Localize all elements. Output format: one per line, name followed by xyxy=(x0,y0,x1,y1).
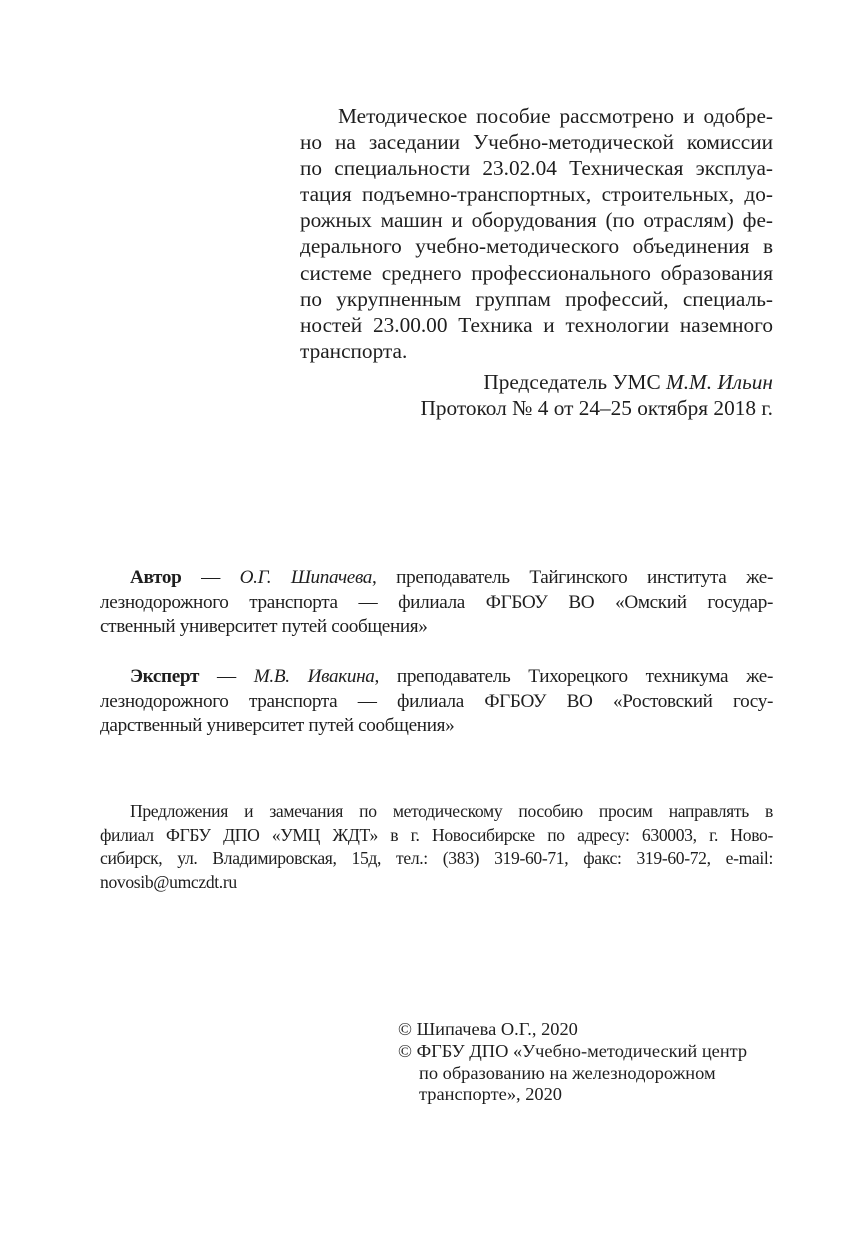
suggestions-line: Предложения и замечания по методическому… xyxy=(100,800,773,824)
approval-line: тация подъемно-транспортных, строительны… xyxy=(300,181,773,207)
chair-line: Председатель УМС М.М. Ильин xyxy=(300,369,773,395)
approval-signoff: Председатель УМС М.М. Ильин Протокол № 4… xyxy=(300,369,773,421)
approval-line: системе среднего профессионального образ… xyxy=(300,260,773,286)
copyright-publisher-cont: транспорте», 2020 xyxy=(398,1084,798,1106)
suggestions-note: Предложения и замечания по методическому… xyxy=(100,800,773,894)
expert-affiliation: , преподаватель Тихорецкого техникума же… xyxy=(375,666,773,687)
author-affiliation: , преподаватель Тайгинского института же… xyxy=(372,567,773,588)
approval-line: ностей 23.00.00 Техника и технологии наз… xyxy=(300,312,773,338)
protocol-line: Протокол № 4 от 24–25 октября 2018 г. xyxy=(300,395,773,421)
author-role: Автор xyxy=(130,567,181,588)
author-name: О.Г. Шипачева xyxy=(240,567,372,588)
approval-line: по специальности 23.02.04 Техническая эк… xyxy=(300,155,773,181)
approval-line: транспорта. xyxy=(300,338,773,364)
suggestions-line: сибирск, ул. Владимировская, 15д, тел.: … xyxy=(100,847,773,871)
approval-line: но на заседании Учебно-методической коми… xyxy=(300,129,773,155)
dash: — xyxy=(199,666,254,687)
author-credit: Автор — О.Г. Шипачева, преподаватель Тай… xyxy=(100,566,773,640)
dash: — xyxy=(181,567,239,588)
approval-statement: Методическое пособие рассмотрено и одобр… xyxy=(300,103,773,364)
expert-role: Эксперт xyxy=(130,666,199,687)
author-line: лезнодорожного транспорта — филиала ФГБО… xyxy=(100,591,773,616)
author-line: ственный университет путей сообщения» xyxy=(100,615,773,640)
suggestions-line: филиал ФГБУ ДПО «УМЦ ЖДТ» в г. Новосибир… xyxy=(100,824,773,848)
chair-name: М.М. Ильин xyxy=(666,370,773,394)
copyright-author: © Шипачева О.Г., 2020 xyxy=(398,1019,798,1041)
copyright-publisher-cont: по образованию на железнодорожном xyxy=(398,1063,798,1085)
author-line: Автор — О.Г. Шипачева, преподаватель Тай… xyxy=(100,566,773,591)
chair-title: Председатель УМС xyxy=(483,370,666,394)
expert-line: Эксперт — М.В. Ивакина, преподаватель Ти… xyxy=(100,665,773,690)
expert-name: М.В. Ивакина xyxy=(254,666,375,687)
approval-line: по укрупненным группам профессий, специа… xyxy=(300,286,773,312)
approval-line: рожных машин и оборудования (по отраслям… xyxy=(300,207,773,233)
approval-line: дерального учебно-методического объедине… xyxy=(300,233,773,259)
expert-line: лезнодорожного транспорта — филиала ФГБО… xyxy=(100,690,773,715)
copyright-notice: © Шипачева О.Г., 2020 © ФГБУ ДПО «Учебно… xyxy=(398,1019,798,1106)
copyright-publisher: © ФГБУ ДПО «Учебно-методический центр xyxy=(398,1041,798,1063)
expert-credit: Эксперт — М.В. Ивакина, преподаватель Ти… xyxy=(100,665,773,739)
expert-line: дарственный университет путей сообщения» xyxy=(100,714,773,739)
contact-email: novosib@umczdt.ru xyxy=(100,871,773,895)
approval-line: Методическое пособие рассмотрено и одобр… xyxy=(300,103,773,129)
